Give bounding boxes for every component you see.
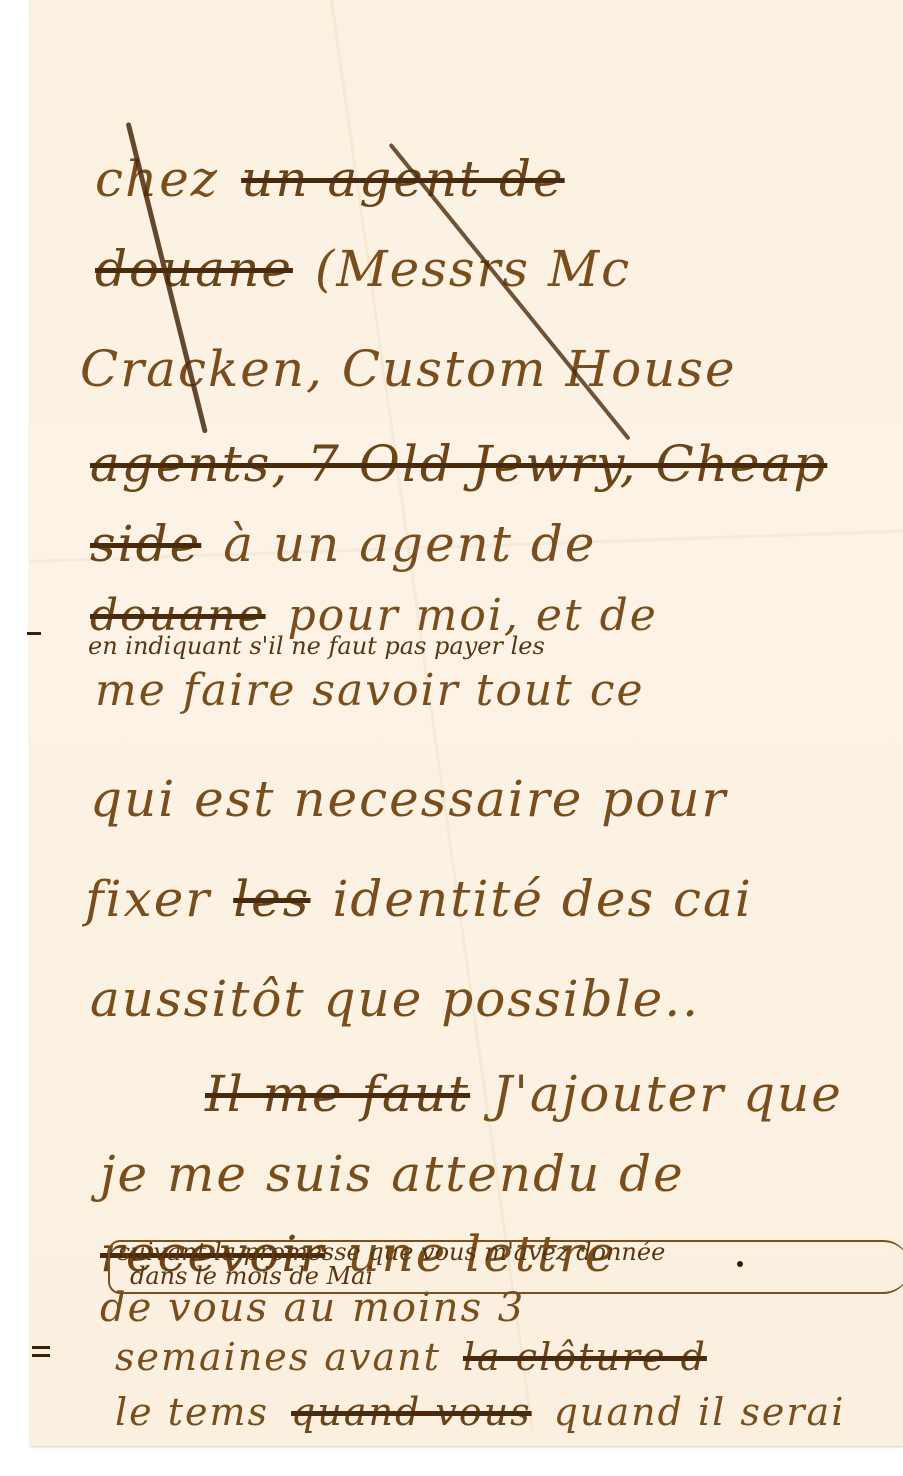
struck-text-segment: la clôture d bbox=[463, 1335, 707, 1379]
text-segment: J'ajouter que bbox=[492, 1065, 843, 1123]
manuscript-line: sideà un agent de bbox=[90, 515, 596, 573]
text-segment: Cracken, Custom House bbox=[80, 340, 737, 398]
text-segment: qui est necessaire pour bbox=[90, 770, 727, 828]
manuscript-line: Il me fautJ'ajouter que bbox=[205, 1065, 843, 1123]
text-segment: chez bbox=[95, 150, 219, 208]
interlinear-insertion: en indiquant s'il ne faut pas payer les bbox=[88, 632, 545, 660]
manuscript-line: qui est necessaire pour bbox=[90, 770, 727, 828]
struck-text-segment: quand vous bbox=[291, 1390, 532, 1434]
struck-text-segment: side bbox=[90, 515, 201, 573]
struck-text-segment: Il me faut bbox=[205, 1065, 470, 1123]
manuscript-line: agents, 7 Old Jewry, Cheap bbox=[90, 435, 827, 493]
struck-text-segment: les bbox=[233, 870, 310, 928]
manuscript-line: de vous au moins 3 bbox=[100, 1285, 525, 1331]
text-segment: semaines avant bbox=[115, 1335, 441, 1379]
text-segment: aussitôt que possible.. bbox=[90, 970, 700, 1028]
manuscript-line: je me suis attendu de bbox=[100, 1145, 685, 1203]
text-segment: je me suis attendu de bbox=[100, 1145, 685, 1203]
text-segment: fixer bbox=[85, 870, 211, 928]
text-segment: le tems bbox=[115, 1390, 269, 1434]
manuscript-line: chezun agent de bbox=[95, 150, 565, 208]
margin-mark bbox=[32, 1354, 50, 1357]
text-segment: identité des cai bbox=[332, 870, 752, 928]
manuscript-line: le temsquand vousquand il serai bbox=[115, 1390, 845, 1434]
text-segment: en indiquant s'il ne faut pas payer les bbox=[88, 632, 545, 660]
text-segment: à un agent de bbox=[223, 515, 596, 573]
manuscript-line: douane(Messrs Mc bbox=[95, 240, 631, 298]
struck-text-segment: douane bbox=[95, 240, 293, 298]
manuscript-line: aussitôt que possible.. bbox=[90, 970, 700, 1028]
manuscript-line: me faire savoir tout ce bbox=[95, 665, 645, 716]
manuscript-line: Cracken, Custom House bbox=[80, 340, 737, 398]
text-segment: me faire savoir tout ce bbox=[95, 665, 645, 716]
margin-mark bbox=[32, 1346, 50, 1349]
struck-text-segment: agents, 7 Old Jewry, Cheap bbox=[90, 435, 827, 493]
manuscript-line: fixerlesidentité des cai bbox=[85, 870, 753, 928]
margin-mark bbox=[27, 632, 41, 635]
text-segment: de vous au moins 3 bbox=[100, 1285, 525, 1331]
manuscript-line: semaines avantla clôture d bbox=[115, 1335, 707, 1379]
ink-dot bbox=[737, 1261, 743, 1267]
text-segment: quand il serai bbox=[554, 1390, 846, 1434]
